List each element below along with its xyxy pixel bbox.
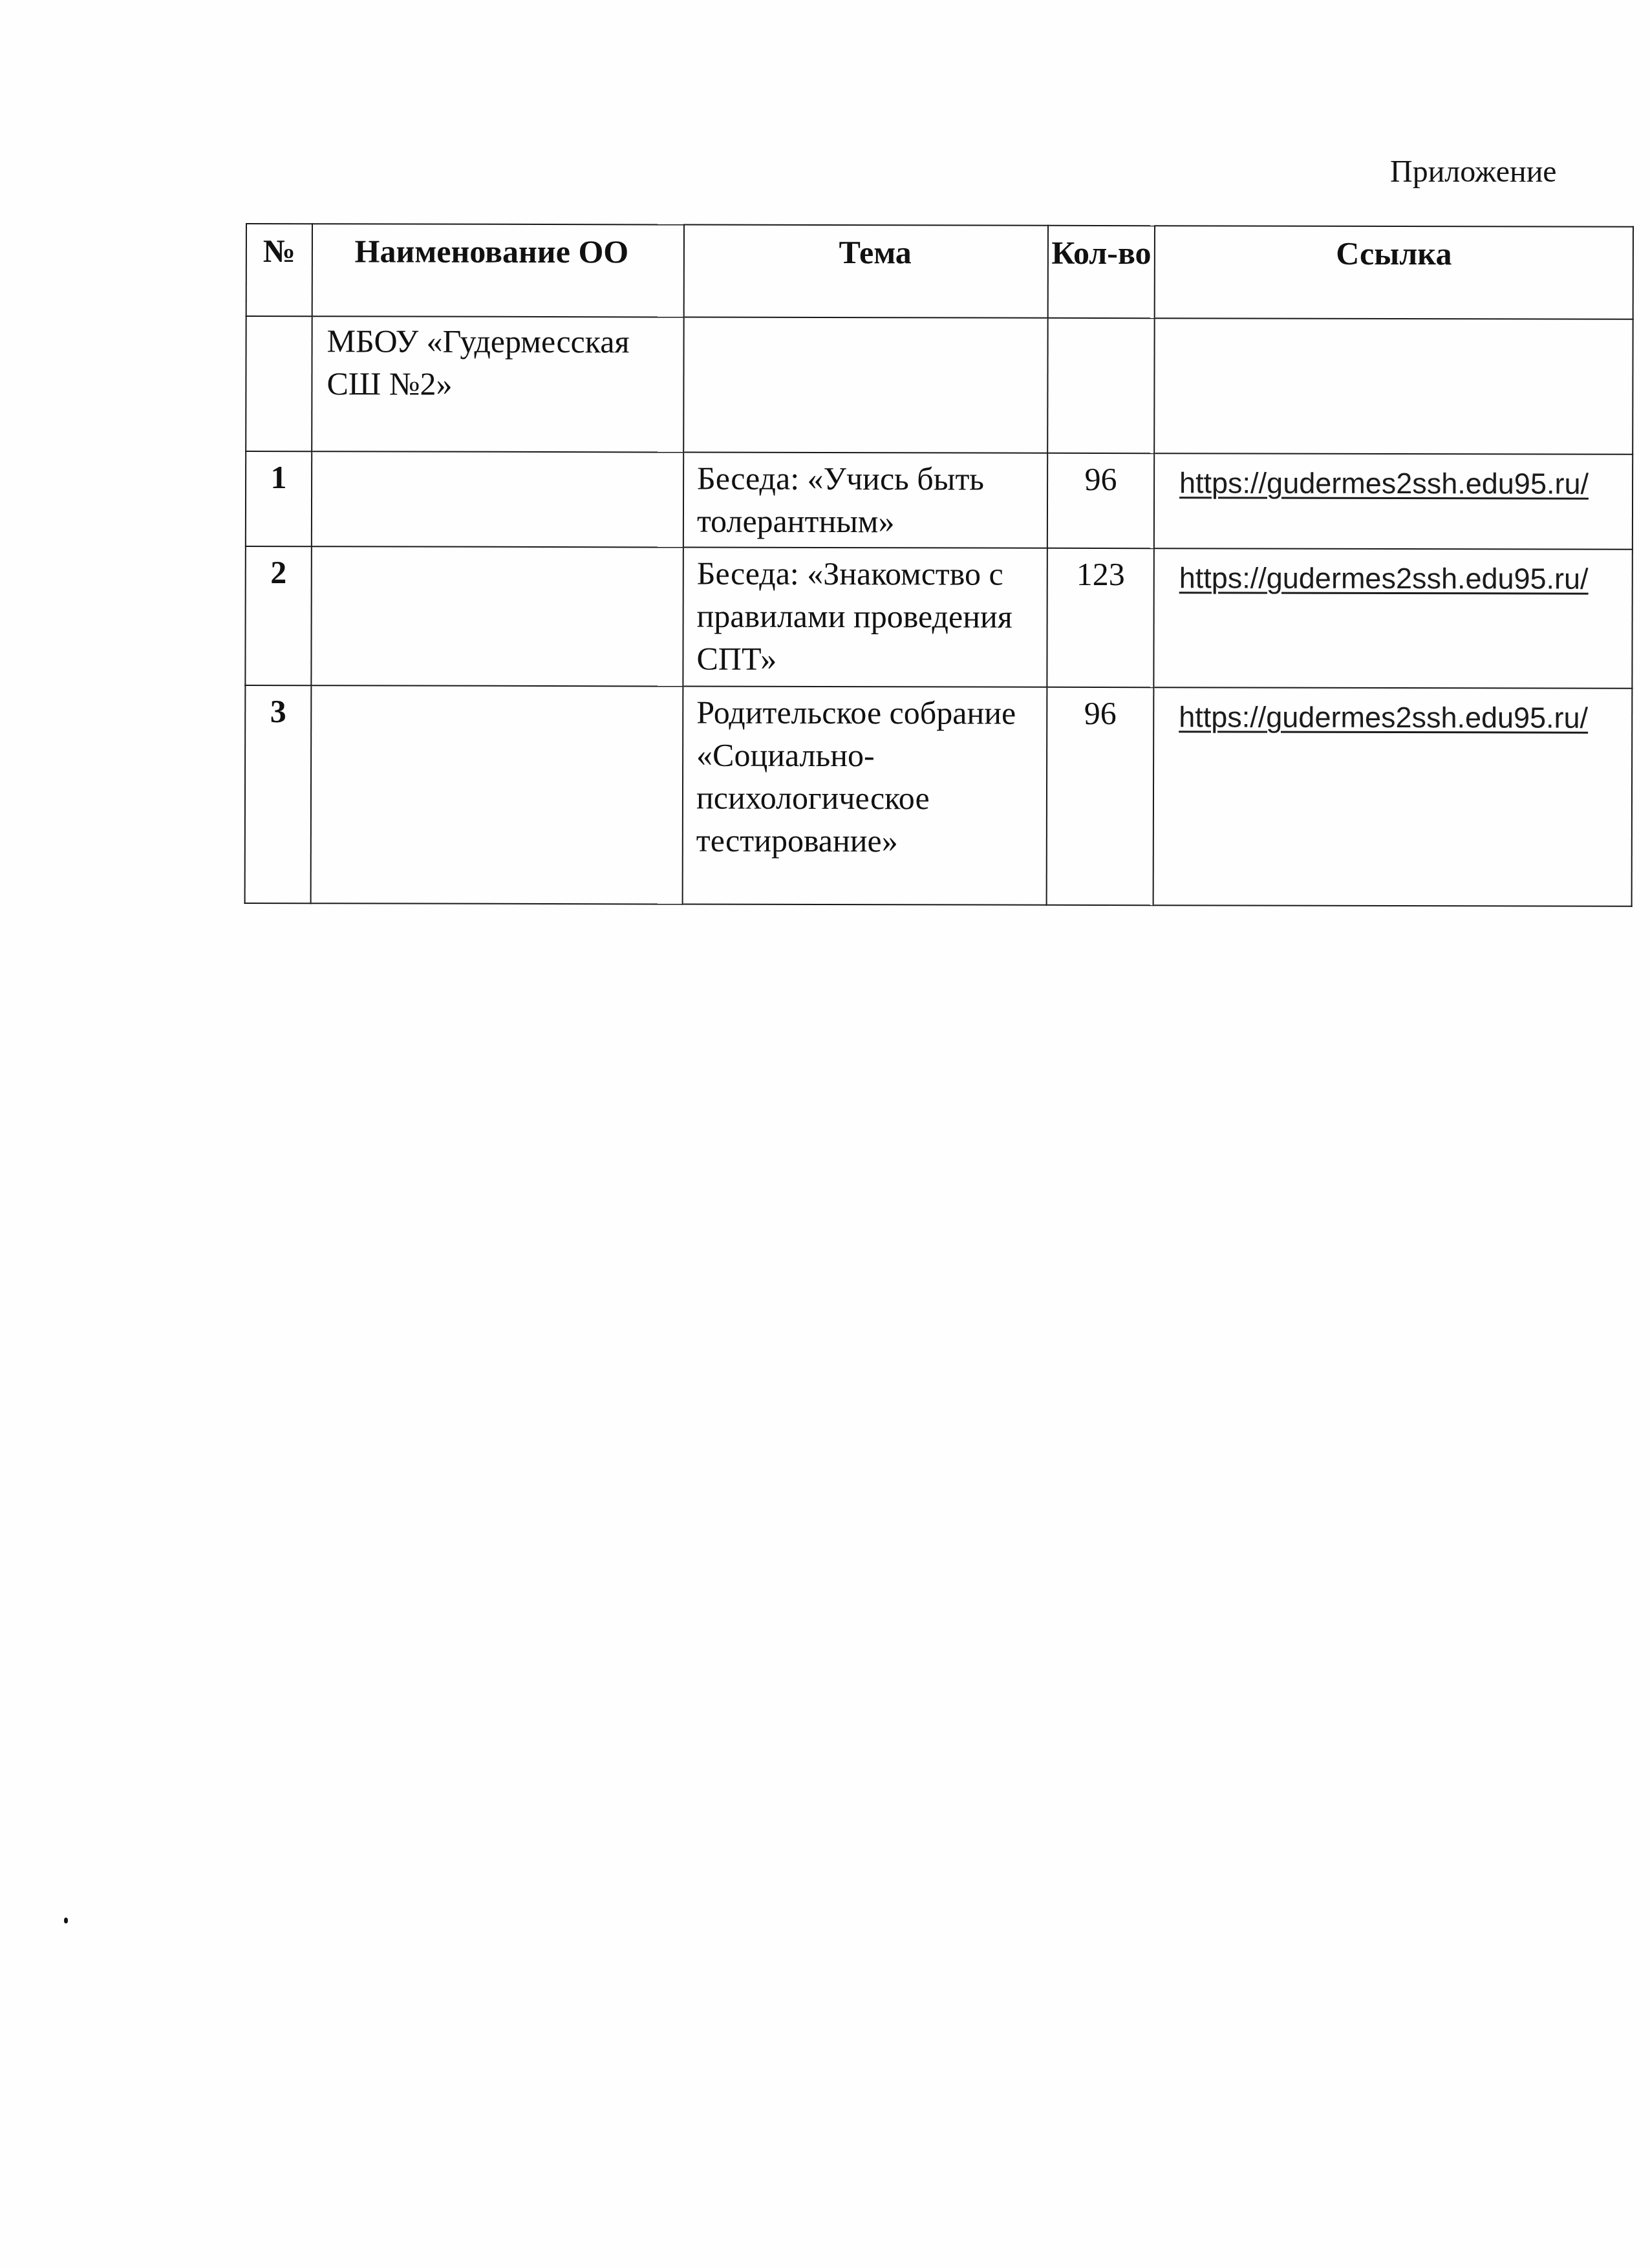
appendix-label: Приложение — [1390, 154, 1557, 190]
header-link: Ссылка — [1155, 226, 1633, 319]
cell-organization — [311, 685, 683, 904]
cell-organization: МБОУ «Гудермесская СШ №2» — [312, 316, 683, 452]
cell-link: https://gudermes2ssh.edu95.ru/ — [1153, 687, 1633, 906]
scan-speck — [64, 1918, 68, 1923]
table-row: 2 Беседа: «Знакомство с правилами провед… — [245, 546, 1632, 689]
cell-number — [246, 316, 312, 451]
cell-topic: Беседа: «Учись быть толерантным» — [683, 453, 1047, 548]
cell-count: 96 — [1047, 687, 1154, 905]
table-row: 3 Родительское собрание «Социально-психо… — [245, 685, 1633, 906]
table-row: 1 Беседа: «Учись быть толерантным» 96 ht… — [246, 451, 1633, 550]
cell-link: https://gudermes2ssh.edu95.ru/ — [1153, 548, 1632, 689]
header-number: № — [246, 224, 312, 316]
cell-number: 1 — [246, 451, 312, 546]
event-link[interactable]: https://gudermes2ssh.edu95.ru/ — [1179, 561, 1589, 595]
cell-link: https://gudermes2ssh.edu95.ru/ — [1154, 453, 1633, 550]
cell-count: 123 — [1047, 548, 1153, 687]
cell-topic: Родительское собрание «Социально-психоло… — [683, 687, 1047, 905]
cell-organization — [311, 546, 683, 686]
cell-topic: Беседа: «Знакомство с правилами проведен… — [683, 548, 1047, 687]
cell-topic — [683, 317, 1047, 453]
events-table: № Наименование ОО Тема Кол-во Ссылка МБО… — [244, 223, 1634, 907]
cell-link — [1154, 318, 1633, 455]
cell-count — [1047, 318, 1154, 453]
event-link[interactable]: https://gudermes2ssh.edu95.ru/ — [1179, 466, 1589, 500]
header-organization: Наименование ОО — [312, 224, 684, 317]
header-topic: Тема — [684, 225, 1048, 318]
event-link[interactable]: https://gudermes2ssh.edu95.ru/ — [1179, 700, 1588, 734]
cell-number: 2 — [245, 546, 311, 685]
cell-number: 3 — [245, 685, 312, 903]
events-table-container: № Наименование ОО Тема Кол-во Ссылка МБО… — [244, 223, 1633, 907]
table-header-row: № Наименование ОО Тема Кол-во Ссылка — [246, 224, 1633, 319]
header-count: Кол-во — [1048, 226, 1155, 318]
cell-count: 96 — [1047, 453, 1154, 548]
scanned-page: Приложение № Наименование ОО Тема Кол-во… — [0, 0, 1650, 2268]
cell-organization — [312, 451, 683, 547]
organization-row: МБОУ «Гудермесская СШ №2» — [246, 316, 1633, 455]
